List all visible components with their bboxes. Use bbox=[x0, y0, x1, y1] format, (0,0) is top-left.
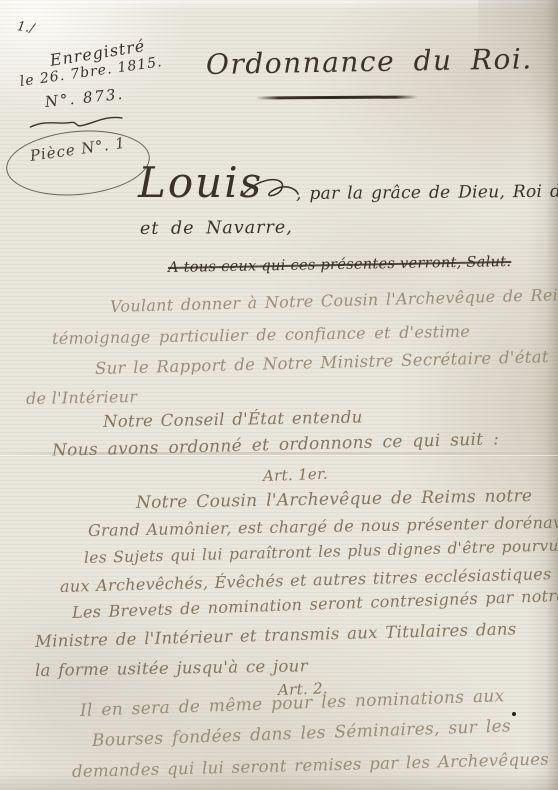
manuscript-line: demandes qui lui seront remises par les … bbox=[72, 750, 550, 781]
brace-underline bbox=[28, 110, 125, 132]
title-underline bbox=[256, 95, 418, 99]
manuscript-line: Nous avons ordonné et ordonnons ce qui s… bbox=[52, 429, 500, 461]
corner-fold-shadow bbox=[478, 0, 558, 170]
manuscript-line: Notre Cousin l'Archevêque de Reims notre bbox=[136, 486, 533, 513]
manuscript-line: la forme usitée jusqu'à ce jour bbox=[35, 656, 308, 680]
corner-mark: 1./ bbox=[16, 19, 36, 37]
manuscript-line: Bourses fondées dans les Séminaires, sur… bbox=[92, 716, 512, 751]
manuscript-line: les Sujets qui lui paraîtront les plus d… bbox=[84, 536, 558, 567]
flourish-swirl bbox=[242, 178, 300, 202]
registration-line-3: N°. 873. bbox=[44, 85, 125, 111]
ink-speck bbox=[512, 712, 516, 716]
manuscript-line: Grand Aumônier, est chargé de nous prése… bbox=[88, 512, 558, 540]
manuscript-line: Voulant donner à Notre Cousin l'Archevêq… bbox=[110, 284, 558, 316]
piece-number-oval bbox=[3, 125, 152, 201]
manuscript-line: Notre Conseil d'État entendu bbox=[103, 407, 363, 431]
royal-titles: , par la grâce de Dieu, Roi de France bbox=[296, 181, 558, 204]
manuscript-line: Sur le Rapport de Notre Ministre Secréta… bbox=[95, 347, 549, 378]
royal-titles-line2: et de Navarre, bbox=[140, 218, 293, 239]
page-title: Ordonnance du Roi. bbox=[206, 42, 533, 81]
manuscript-line: de l'Intérieur bbox=[26, 387, 138, 408]
document-scan: 1./ Enregistré le 26. 7bre. 1815. N°. 87… bbox=[0, 0, 558, 790]
salutation-struck: A tous ceux qui ces présentes verront, S… bbox=[168, 254, 512, 276]
manuscript-line: témoignage particulier de confiance et d… bbox=[52, 322, 470, 348]
manuscript-line: Ministre de l'Intérieur et transmis aux … bbox=[35, 619, 517, 651]
article-1-heading: Art. 1er. bbox=[263, 465, 329, 485]
